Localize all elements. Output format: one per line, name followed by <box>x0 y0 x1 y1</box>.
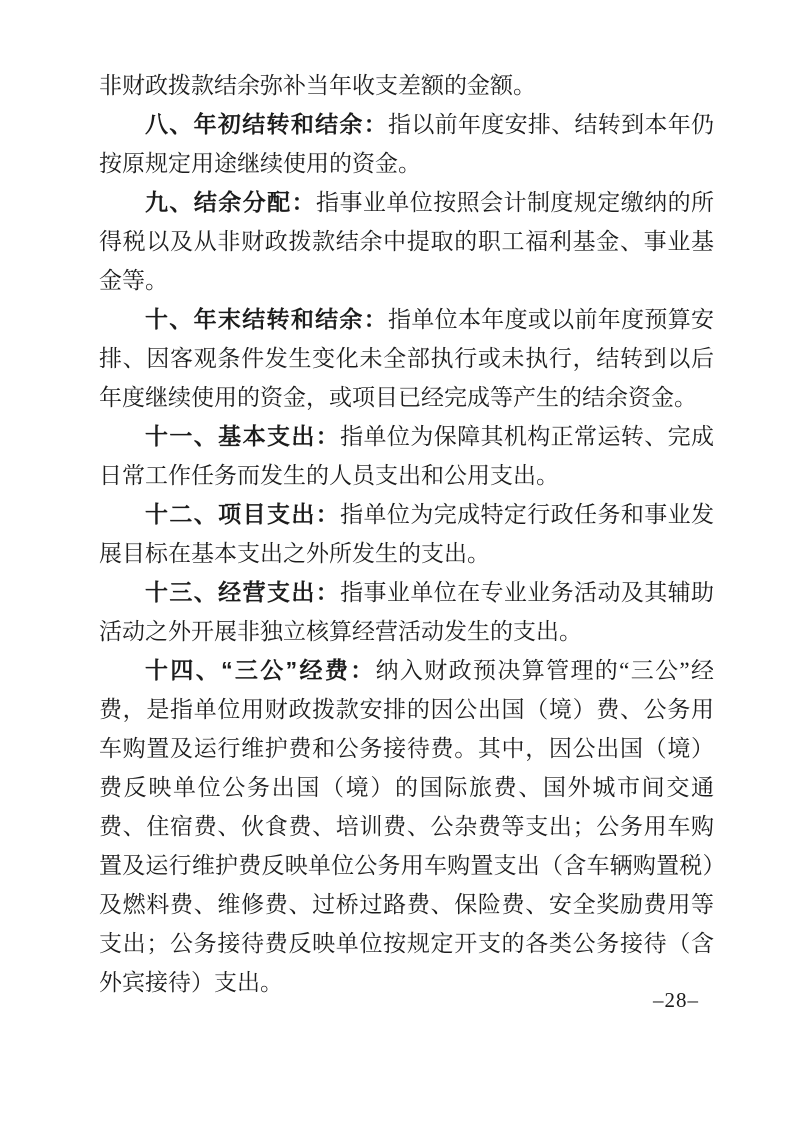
paragraph-item-14: 十四、“三公”经费：纳入财政预决算管理的“三公”经费，是指单位用财政拨款安排的因… <box>99 651 714 1002</box>
paragraph-item-12: 十二、项目支出：指单位为完成特定行政任务和事业发展目标在基本支出之外所发生的支出… <box>99 495 714 573</box>
term-label: 十、年末结转和结余： <box>145 306 388 332</box>
paragraph-item-8: 八、年初结转和结余：指以前年度安排、结转到本年仍按原规定用途继续使用的资金。 <box>99 105 714 183</box>
term-label: 十四、“三公”经费： <box>145 657 376 683</box>
document-page: 非财政拨款结余弥补当年收支差额的金额。 八、年初结转和结余：指以前年度安排、结转… <box>0 0 793 1122</box>
term-label: 十二、项目支出： <box>145 501 340 527</box>
paragraph-item-9: 九、结余分配：指事业单位按照会计制度规定缴纳的所得税以及从非财政拨款结余中提取的… <box>99 183 714 300</box>
paragraph-continuation: 非财政拨款结余弥补当年收支差额的金额。 <box>99 66 714 105</box>
paragraph-item-13: 十三、经营支出：指事业单位在专业业务活动及其辅助活动之外开展非独立核算经营活动发… <box>99 573 714 651</box>
paragraph-item-10: 十、年末结转和结余：指单位本年度或以前年度预算安排、因客观条件发生变化未全部执行… <box>99 300 714 417</box>
term-label: 九、结余分配： <box>145 189 316 215</box>
paragraph-text: 非财政拨款结余弥补当年收支差额的金额。 <box>99 73 536 98</box>
document-body: 非财政拨款结余弥补当年收支差额的金额。 八、年初结转和结余：指以前年度安排、结转… <box>99 66 714 1002</box>
term-label: 十三、经营支出： <box>145 579 340 605</box>
paragraph-item-11: 十一、基本支出：指单位为保障其机构正常运转、完成日常工作任务而发生的人员支出和公… <box>99 417 714 495</box>
term-label: 八、年初结转和结余： <box>145 111 388 137</box>
paragraph-text: 纳入财政预决算管理的“三公”经费，是指单位用财政拨款安排的因公出国（境）费、公务… <box>99 658 714 995</box>
term-label: 十一、基本支出： <box>145 423 340 449</box>
page-number: –28– <box>653 988 699 1012</box>
